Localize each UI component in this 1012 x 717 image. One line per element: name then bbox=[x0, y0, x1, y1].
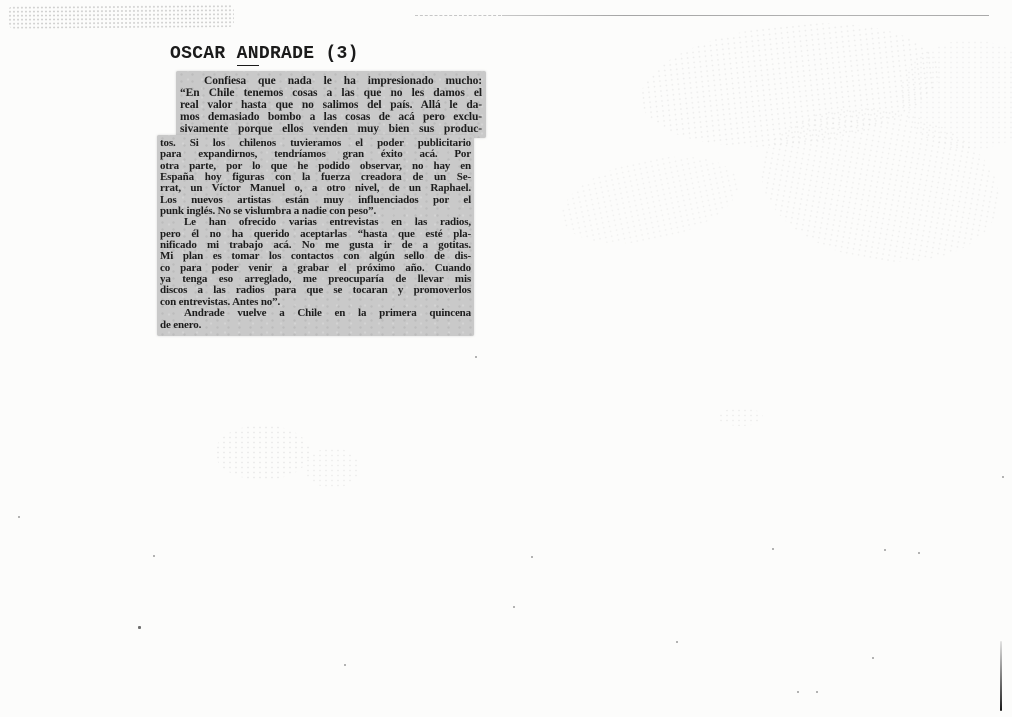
clipping-line: de enero. bbox=[160, 320, 471, 331]
headline-suffix: DRADE (3) bbox=[259, 44, 359, 64]
headline-underlined-part: AN bbox=[237, 44, 259, 66]
scan-speck bbox=[153, 555, 155, 557]
scan-speck bbox=[816, 691, 818, 693]
scan-speck bbox=[1002, 476, 1004, 478]
newspaper-clipping-top: Confiesa que nada le ha impresionado muc… bbox=[176, 71, 486, 138]
clipping-line: ya tenga eso arreglado, me preocuparía d… bbox=[160, 274, 471, 285]
scan-speck bbox=[138, 626, 141, 629]
clipping-line: punk inglés. No se vislumbra a nadie con… bbox=[160, 206, 471, 217]
newspaper-clipping-bottom: tos. Si los chilenos tuvieramos el poder… bbox=[157, 135, 474, 336]
clipping-line: España hoy figuras con la fuerza creador… bbox=[160, 172, 471, 183]
article-headline: OSCAR ANDRADE (3) bbox=[170, 44, 359, 64]
scan-dashed-line-top bbox=[415, 15, 501, 16]
scan-speck bbox=[344, 664, 346, 666]
scan-noise-cloud bbox=[554, 142, 747, 258]
clipping-line: Le han ofrecido varias entrevistas en la… bbox=[160, 217, 471, 228]
scan-speck bbox=[475, 356, 477, 358]
scan-speck bbox=[513, 606, 515, 608]
scanned-page: OSCAR ANDRADE (3) Confiesa que nada le h… bbox=[0, 0, 1012, 717]
clipping-line: tos. Si los chilenos tuvieramos el poder… bbox=[160, 138, 471, 149]
clipping-line: real valor hasta que no salimos del país… bbox=[180, 99, 482, 111]
scan-line-top bbox=[502, 15, 989, 16]
scan-speck bbox=[676, 641, 678, 643]
clipping-line: rrat, un Víctor Manuel o, a otro nivel, … bbox=[160, 183, 471, 194]
clipping-line: mos demasiado bombo a las cosas de acá p… bbox=[180, 111, 482, 123]
scan-speck bbox=[918, 552, 920, 554]
scan-noise-band-topleft bbox=[8, 4, 234, 29]
scan-speck bbox=[797, 691, 799, 693]
clipping-line: sivamente porque ellos venden muy bien s… bbox=[180, 123, 482, 135]
scan-speck bbox=[18, 516, 20, 518]
scan-speck bbox=[884, 549, 886, 551]
scan-noise-cloud bbox=[305, 448, 360, 488]
clipping-line: Mi plan es tomar los contactos con algún… bbox=[160, 251, 471, 262]
scan-speck bbox=[872, 657, 874, 659]
clipping-line: co para poder venir a grabar el próximo … bbox=[160, 263, 471, 274]
scan-line-right bbox=[1000, 641, 1002, 711]
clipping-line: discos a las radios para que se tocaran … bbox=[160, 285, 471, 296]
clipping-line: pero él no ha querido aceptarlas “hasta … bbox=[160, 229, 471, 240]
headline-prefix: OSCAR bbox=[170, 44, 237, 64]
clipping-line: para expandirnos, tendríamos gran éxito … bbox=[160, 149, 471, 160]
clipping-line: Andrade vuelve a Chile en la primera qui… bbox=[160, 308, 471, 319]
clipping-line: “En Chile tenemos cosas a las que no les… bbox=[180, 87, 482, 99]
clipping-line: Confiesa que nada le ha impresionado muc… bbox=[180, 75, 482, 87]
scan-noise-cloud bbox=[215, 425, 310, 480]
clipping-line: Los nuevos artistas están muy influencia… bbox=[160, 195, 471, 206]
scan-speck bbox=[772, 548, 774, 550]
clipping-line: nificado mi trabajo acá. No me gusta ir … bbox=[160, 240, 471, 251]
scan-speck bbox=[531, 556, 533, 558]
scan-noise-cloud bbox=[718, 408, 763, 426]
clipping-line: con entrevistas. Antes no”. bbox=[160, 297, 471, 308]
clipping-line: otra parte, por lo que he podido observa… bbox=[160, 161, 471, 172]
